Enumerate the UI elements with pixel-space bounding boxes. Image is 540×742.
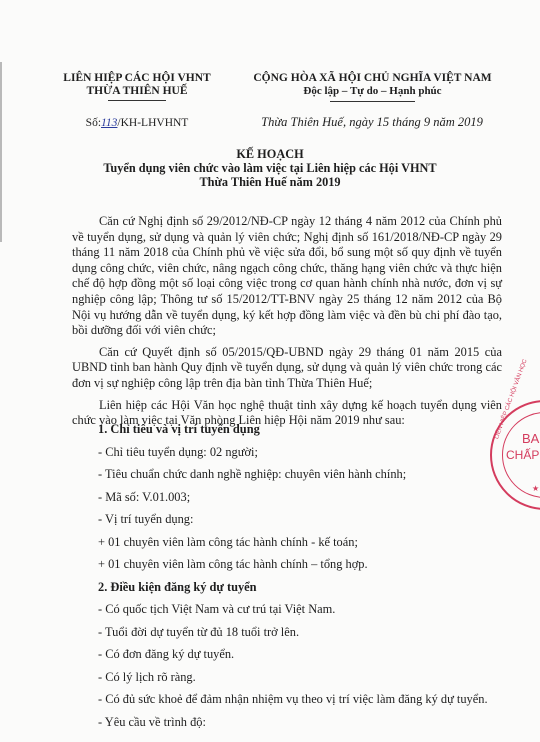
national-motto: Độc lập – Tự do – Hạnh phúc bbox=[250, 85, 495, 98]
doc-no-suffix: /KH-LHVHNT bbox=[117, 117, 188, 129]
document-page: LIÊN HIỆP CÁC HỘI VHNT THỪA THIÊN HUẾ Số… bbox=[0, 0, 540, 742]
section-1-heading: 1. Chỉ tiêu và vị trí tuyển dụng bbox=[98, 418, 528, 441]
document-number: Số:113/KH-LHVHNT bbox=[62, 117, 212, 129]
stamp-line2: CHẤP HÀNH bbox=[506, 448, 540, 462]
scan-edge-line bbox=[0, 62, 2, 242]
list-item: - Có lý lịch rõ ràng. bbox=[98, 666, 528, 689]
list-item: - Có quốc tịch Việt Nam và cư trú tại Vi… bbox=[98, 598, 528, 621]
list-item: - Chỉ tiêu tuyển dụng: 02 người; bbox=[98, 441, 528, 464]
paragraph: Căn cứ Nghị định số 29/2012/NĐ-CP ngày 1… bbox=[72, 214, 502, 339]
doc-no-prefix: Số: bbox=[86, 117, 101, 129]
title-line3: Thừa Thiên Huế năm 2019 bbox=[40, 175, 500, 189]
list-item: - Có đủ sức khoẻ để đảm nhận nhiệm vụ th… bbox=[98, 688, 528, 711]
preamble: Căn cứ Nghị định số 29/2012/NĐ-CP ngày 1… bbox=[72, 214, 502, 435]
stamp-line1: BAN bbox=[522, 431, 540, 446]
org-underline bbox=[108, 100, 166, 101]
issuing-organization: LIÊN HIỆP CÁC HỘI VHNT THỪA THIÊN HUẾ bbox=[62, 72, 212, 101]
list-item: + 01 chuyên viên làm công tác hành chính… bbox=[98, 531, 528, 554]
nation-name: CỘNG HÒA XÃ HỘI CHỦ NGHĨA VIỆT NAM bbox=[250, 72, 495, 85]
title-line2: Tuyển dụng viên chức vào làm việc tại Li… bbox=[40, 161, 500, 175]
list-item: + 01 chuyên viên làm công tác hành chính… bbox=[98, 553, 528, 576]
org-name-line2: THỪA THIÊN HUẾ bbox=[62, 85, 212, 98]
motto-underline bbox=[330, 101, 415, 102]
national-header: CỘNG HÒA XÃ HỘI CHỦ NGHĨA VIỆT NAM Độc l… bbox=[250, 72, 495, 102]
list-item: - Tiêu chuẩn chức danh nghề nghiệp: chuy… bbox=[98, 463, 528, 486]
list-item: - Có đơn đăng ký dự tuyển. bbox=[98, 643, 528, 666]
title-line1: KẾ HOẠCH bbox=[40, 147, 500, 161]
star-icon: ★ bbox=[532, 484, 539, 493]
paragraph: Căn cứ Quyết định số 05/2015/QĐ-UBND ngà… bbox=[72, 345, 502, 392]
sections: 1. Chỉ tiêu và vị trí tuyển dụng - Chỉ t… bbox=[98, 418, 528, 733]
document-title: KẾ HOẠCH Tuyển dụng viên chức vào làm vi… bbox=[40, 147, 500, 189]
place-date: Thừa Thiên Huế, ngày 15 tháng 9 năm 2019 bbox=[242, 115, 502, 130]
list-item: - Tuổi đời dự tuyển từ đủ 18 tuổi trở lê… bbox=[98, 621, 528, 644]
list-item: - Vị trí tuyển dụng: bbox=[98, 508, 528, 531]
list-item: - Mã số: V.01.003; bbox=[98, 486, 528, 509]
list-item: - Yêu cầu về trình độ: bbox=[98, 711, 528, 734]
doc-no-handwritten: 113 bbox=[101, 117, 117, 129]
org-name-line1: LIÊN HIỆP CÁC HỘI VHNT bbox=[62, 72, 212, 85]
section-2-heading: 2. Điều kiện đăng ký dự tuyển bbox=[98, 576, 528, 599]
